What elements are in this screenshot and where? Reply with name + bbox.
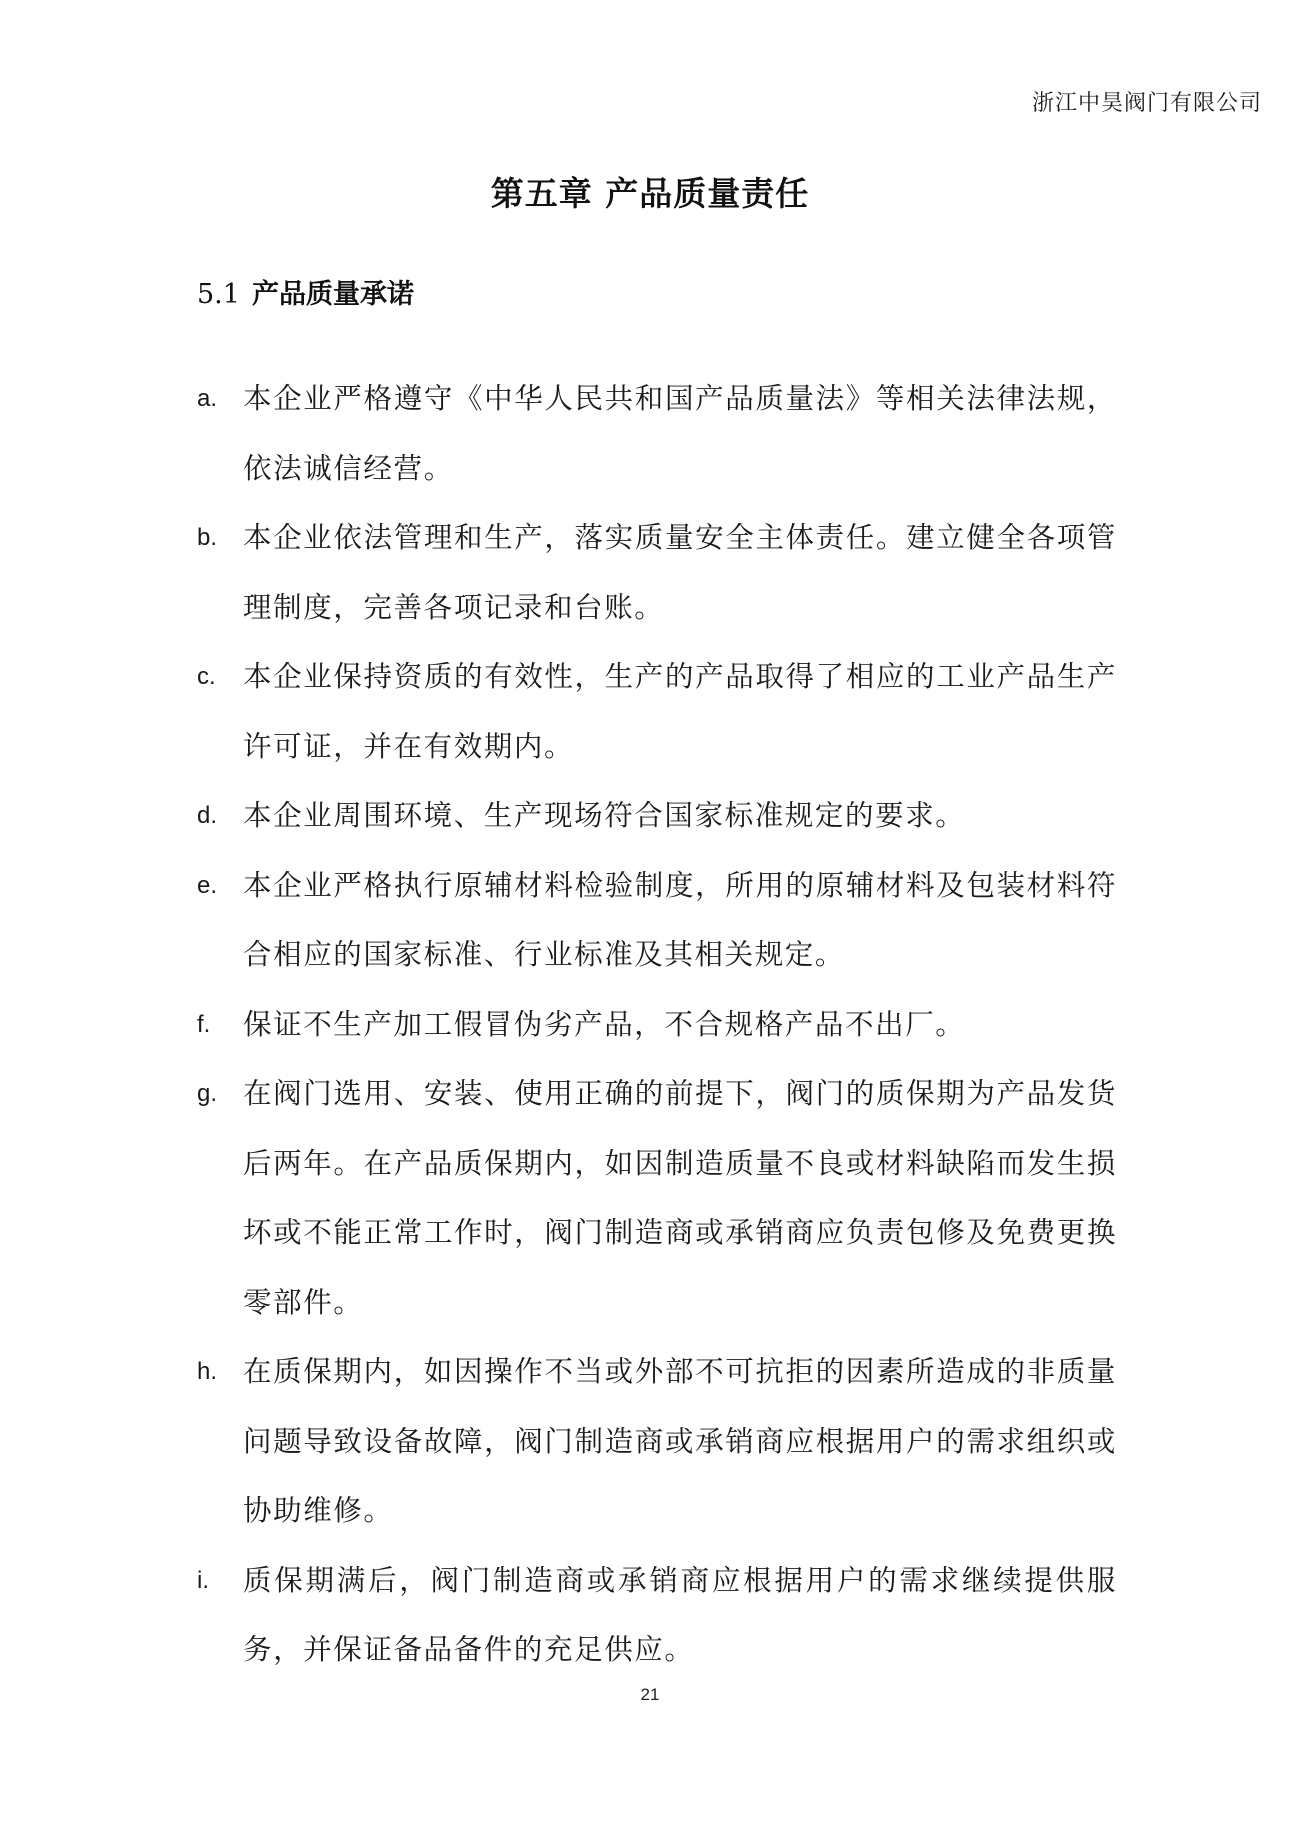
list-marker: c. — [197, 642, 216, 712]
list-item-text: 本企业周围环境、生产现场符合国家标准规定的要求。 — [243, 799, 965, 832]
list-item-text: 本企业严格遵守《中华人民共和国产品质量法》等相关法律法规，依法诚信经营。 — [243, 382, 1117, 485]
chapter-title: 第五章 产品质量责任 — [0, 168, 1300, 215]
list-item-d: d. 本企业周围环境、生产现场符合国家标准规定的要求。 — [197, 781, 1117, 851]
section-title: 产品质量承诺 — [252, 279, 414, 310]
list-marker: g. — [197, 1059, 217, 1129]
list-item-text: 本企业保持资质的有效性，生产的产品取得了相应的工业产品生产许可证，并在有效期内。 — [243, 660, 1117, 763]
list-item-text: 保证不生产加工假冒伪劣产品，不合规格产品不出厂。 — [243, 1008, 965, 1041]
list-item-text: 本企业依法管理和生产，落实质量安全主体责任。建立健全各项管理制度，完善各项记录和… — [243, 521, 1117, 624]
list-item-i: i. 质保期满后，阀门制造商或承销商应根据用户的需求继续提供服务，并保证备品备件… — [197, 1546, 1117, 1685]
list-marker: i. — [197, 1546, 209, 1616]
page-number: 21 — [0, 1685, 1300, 1705]
list-marker: b. — [197, 503, 217, 573]
section-number: 5.1 — [197, 279, 240, 310]
list-item-g: g. 在阀门选用、安装、使用正确的前提下，阀门的质保期为产品发货后两年。在产品质… — [197, 1059, 1117, 1337]
list-item-b: b. 本企业依法管理和生产，落实质量安全主体责任。建立健全各项管理制度，完善各项… — [197, 503, 1117, 642]
list-marker: f. — [197, 990, 210, 1060]
list-item-text: 本企业严格执行原辅材料检验制度，所用的原辅材料及包装材料符合相应的国家标准、行业… — [243, 869, 1117, 972]
list-item-e: e. 本企业严格执行原辅材料检验制度，所用的原辅材料及包装材料符合相应的国家标准… — [197, 851, 1117, 990]
list-marker: e. — [197, 851, 217, 921]
list-item-a: a. 本企业严格遵守《中华人民共和国产品质量法》等相关法律法规，依法诚信经营。 — [197, 364, 1117, 503]
list-item-text: 在质保期内，如因操作不当或外部不可抗拒的因素所造成的非质量问题导致设备故障，阀门… — [243, 1355, 1117, 1527]
list-item-text: 在阀门选用、安装、使用正确的前提下，阀门的质保期为产品发货后两年。在产品质保期内… — [243, 1077, 1117, 1319]
list-item-text: 质保期满后，阀门制造商或承销商应根据用户的需求继续提供服务，并保证备品备件的充足… — [243, 1564, 1117, 1667]
list-marker: a. — [197, 364, 217, 434]
list-item-h: h. 在质保期内，如因操作不当或外部不可抗拒的因素所造成的非质量问题导致设备故障… — [197, 1337, 1117, 1546]
commitment-list: a. 本企业严格遵守《中华人民共和国产品质量法》等相关法律法规，依法诚信经营。 … — [197, 364, 1117, 1685]
list-marker: h. — [197, 1337, 217, 1407]
page-header-company: 浙江中昊阀门有限公司 — [1032, 86, 1262, 117]
list-item-c: c. 本企业保持资质的有效性，生产的产品取得了相应的工业产品生产许可证，并在有效… — [197, 642, 1117, 781]
list-marker: d. — [197, 781, 217, 851]
list-item-f: f. 保证不生产加工假冒伪劣产品，不合规格产品不出厂。 — [197, 990, 1117, 1060]
section-heading: 5.1产品质量承诺 — [197, 272, 414, 311]
